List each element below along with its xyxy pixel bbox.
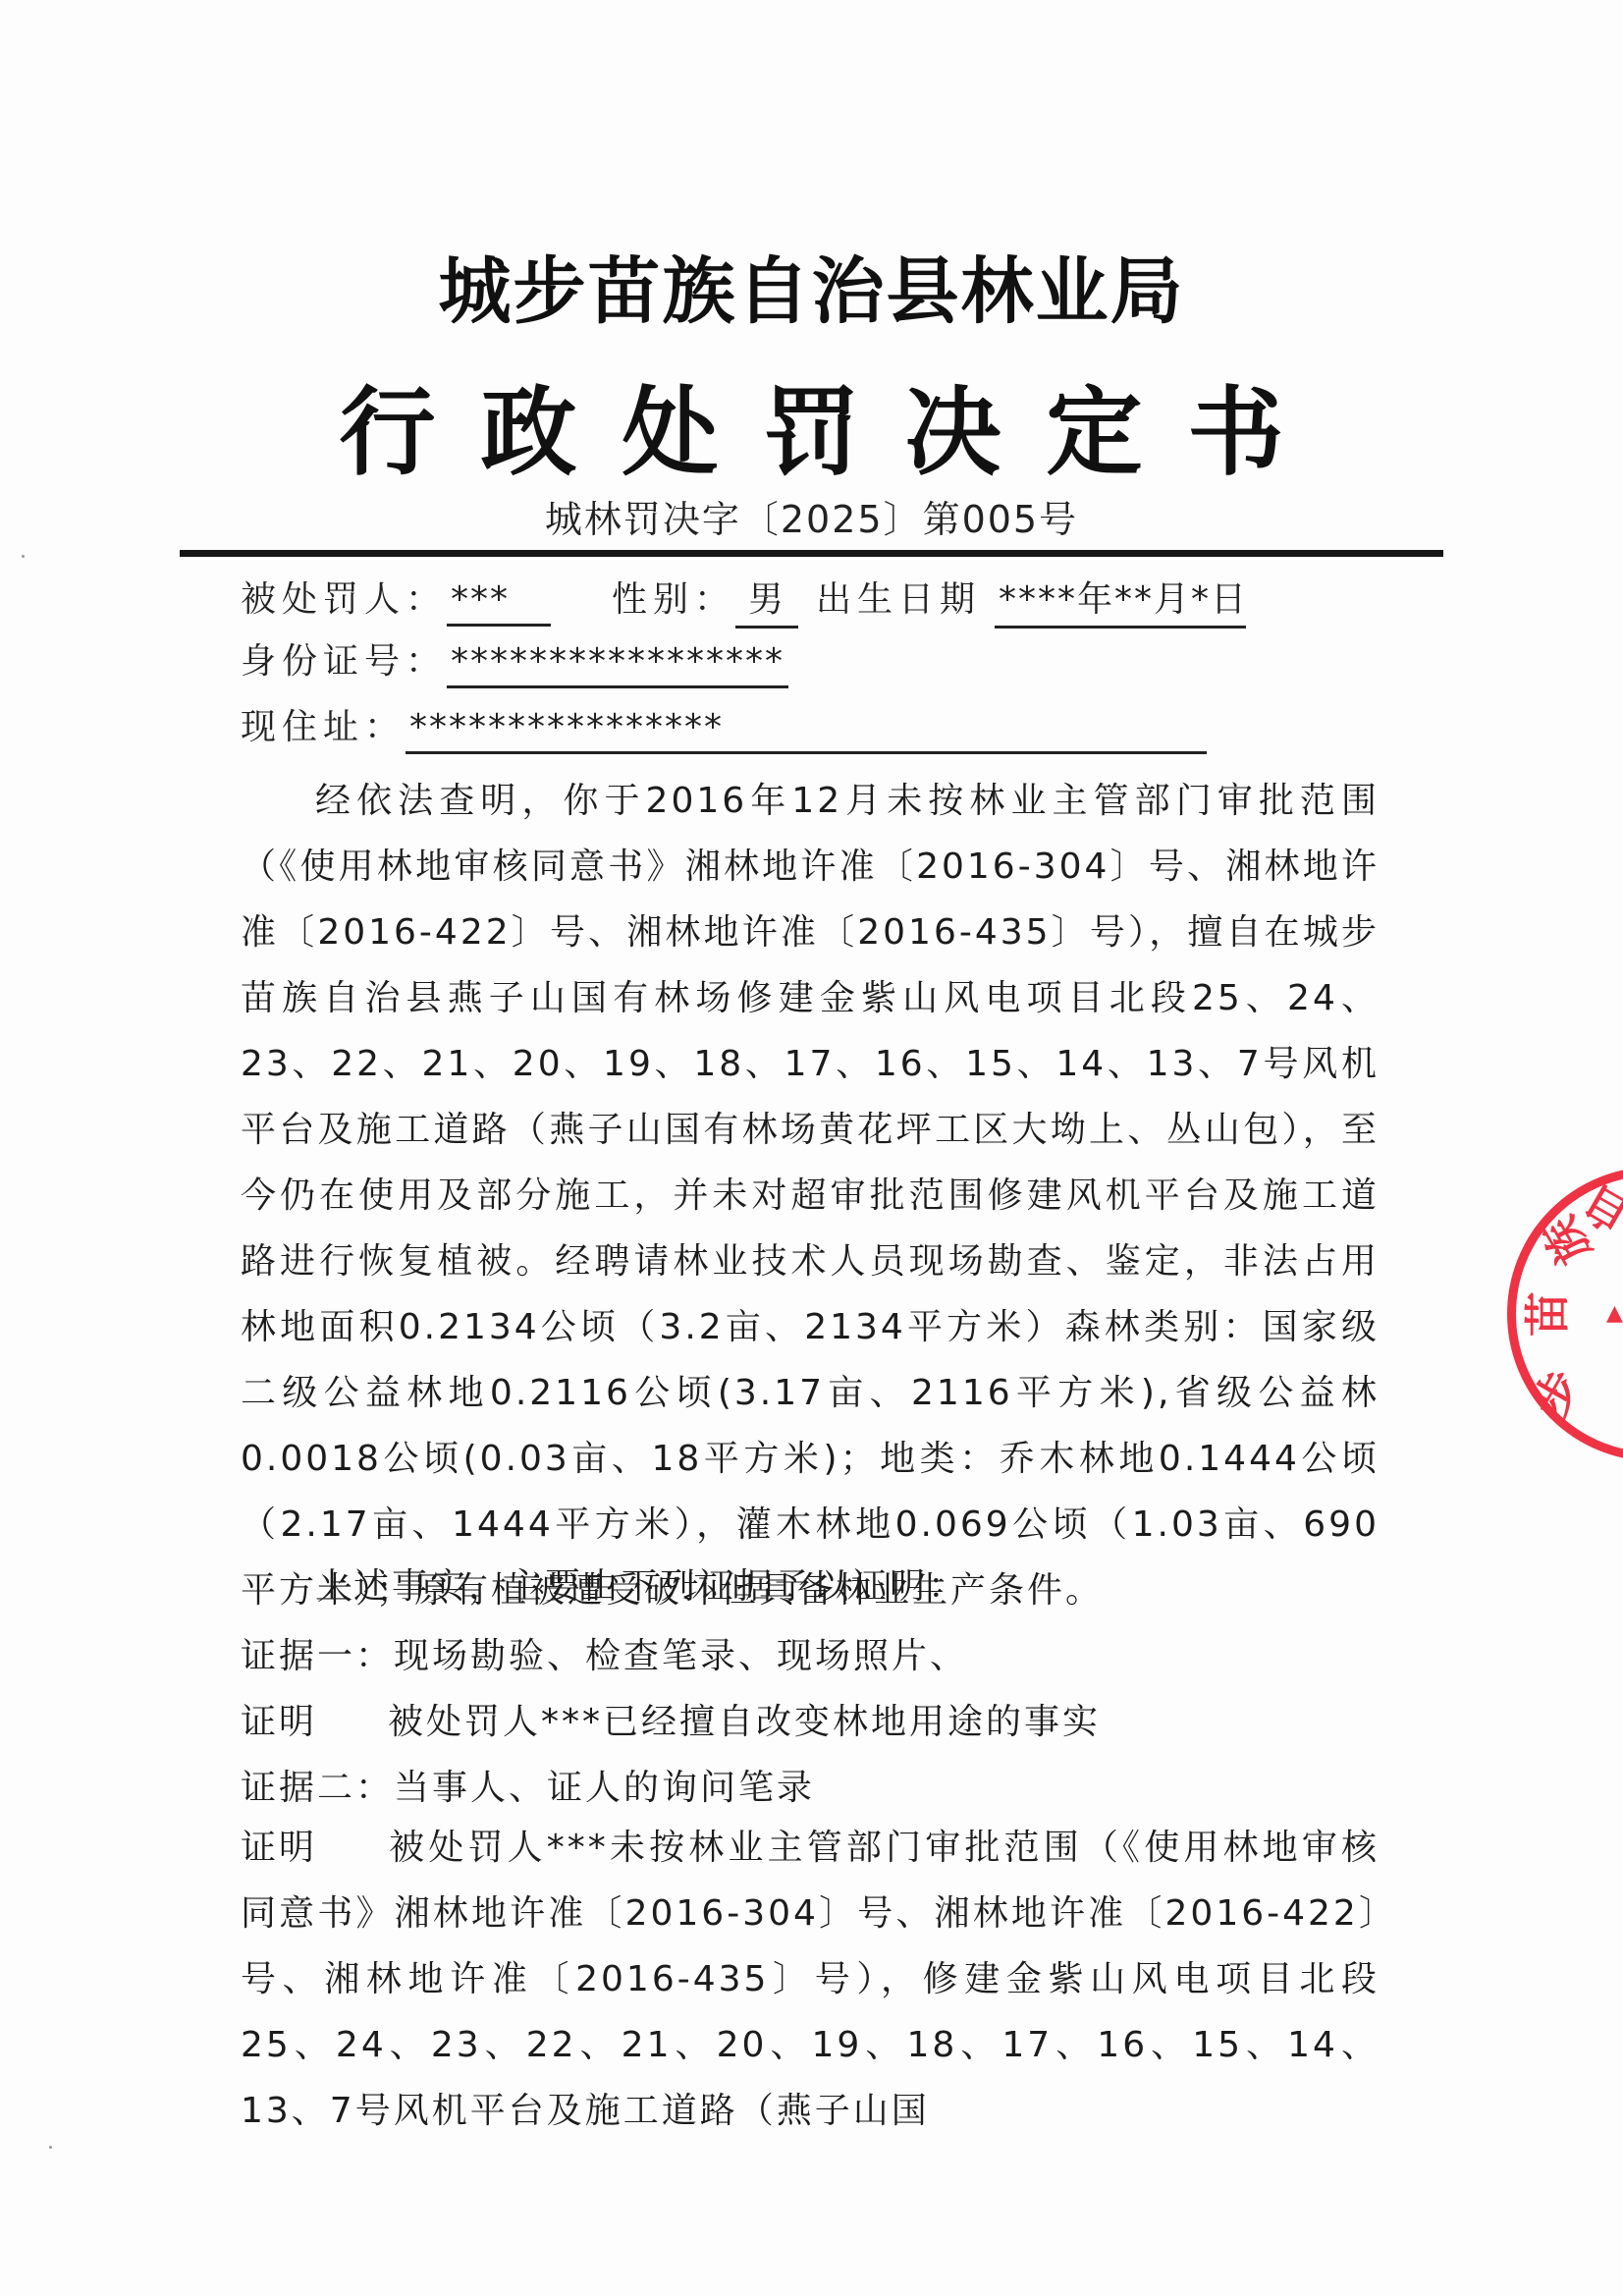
evidence-2: 证据二：当事人、证人的询问笔录	[241, 1760, 815, 1810]
scan-speck	[22, 555, 25, 558]
document-page: 城步苗族自治县林业局 行政处罚决定书 城林罚决字〔2025〕第005号 被处罚人…	[0, 0, 1623, 2296]
evidence-2-proof-text: 被处罚人***未按林业主管部门审批范围（《使用林地审核同意书》湘林地许准〔201…	[241, 1828, 1380, 2131]
document-type-title: 行政处罚决定书	[0, 355, 1623, 494]
gender-value: 男	[735, 572, 798, 629]
name-value: ***	[447, 579, 551, 627]
document-number: 城林罚决字〔2025〕第005号	[0, 489, 1623, 543]
evidence-1-proof: 证明被处罚人***已经擅自改变林地用途的事实	[241, 1694, 1101, 1744]
party-row-name: 被处罚人：***性别：男出生日期****年**月*日	[241, 572, 1246, 629]
birth-value: ****年**月*日	[995, 572, 1246, 629]
organization-title: 城步苗族自治县林业局	[0, 234, 1623, 338]
address-value: ****************	[406, 707, 1207, 754]
name-label: 被处罚人：	[241, 572, 447, 622]
evidence-1-label: 证据一：	[241, 1636, 394, 1676]
evidence-2-proof-label: 证明	[241, 1815, 388, 1881]
header-divider	[180, 550, 1443, 557]
address-label: 现住址：	[241, 699, 406, 749]
evidence-1-content: 现场勘验、检查笔录、现场照片、	[394, 1636, 968, 1676]
party-row-id: 身份证号：*****************	[241, 633, 788, 688]
id-label: 身份证号：	[241, 633, 447, 683]
evidence-1-proof-text: 被处罚人***已经擅自改变林地用途的事实	[388, 1702, 1101, 1742]
stamp-char: 苗	[1512, 1291, 1577, 1337]
evidence-2-proof: 证明被处罚人***未按林业主管部门审批范围（《使用林地审核同意书》湘林地许准〔2…	[241, 1815, 1380, 2144]
gender-label: 性别：	[612, 572, 735, 622]
id-value: *****************	[447, 641, 788, 688]
birth-label: 出生日期	[816, 572, 981, 622]
facts-paragraph: 经依法查明，你于2016年12月未按林业主管部门审批范围（《使用林地审核同意书》…	[241, 768, 1380, 1623]
evidence-1: 证据一：现场勘验、检查笔录、现场照片、	[241, 1628, 968, 1678]
evidence-2-content: 当事人、证人的询问笔录	[394, 1768, 815, 1808]
scan-speck	[49, 2146, 52, 2149]
evidence-intro: 上述事实，主要由下列证据予以证明：	[241, 1554, 1380, 1619]
party-row-address: 现住址：****************	[241, 699, 1207, 754]
stamp-star-icon: ▲	[1606, 1301, 1623, 1326]
evidence-2-label: 证据二：	[241, 1768, 394, 1808]
evidence-1-proof-label: 证明	[241, 1694, 388, 1744]
